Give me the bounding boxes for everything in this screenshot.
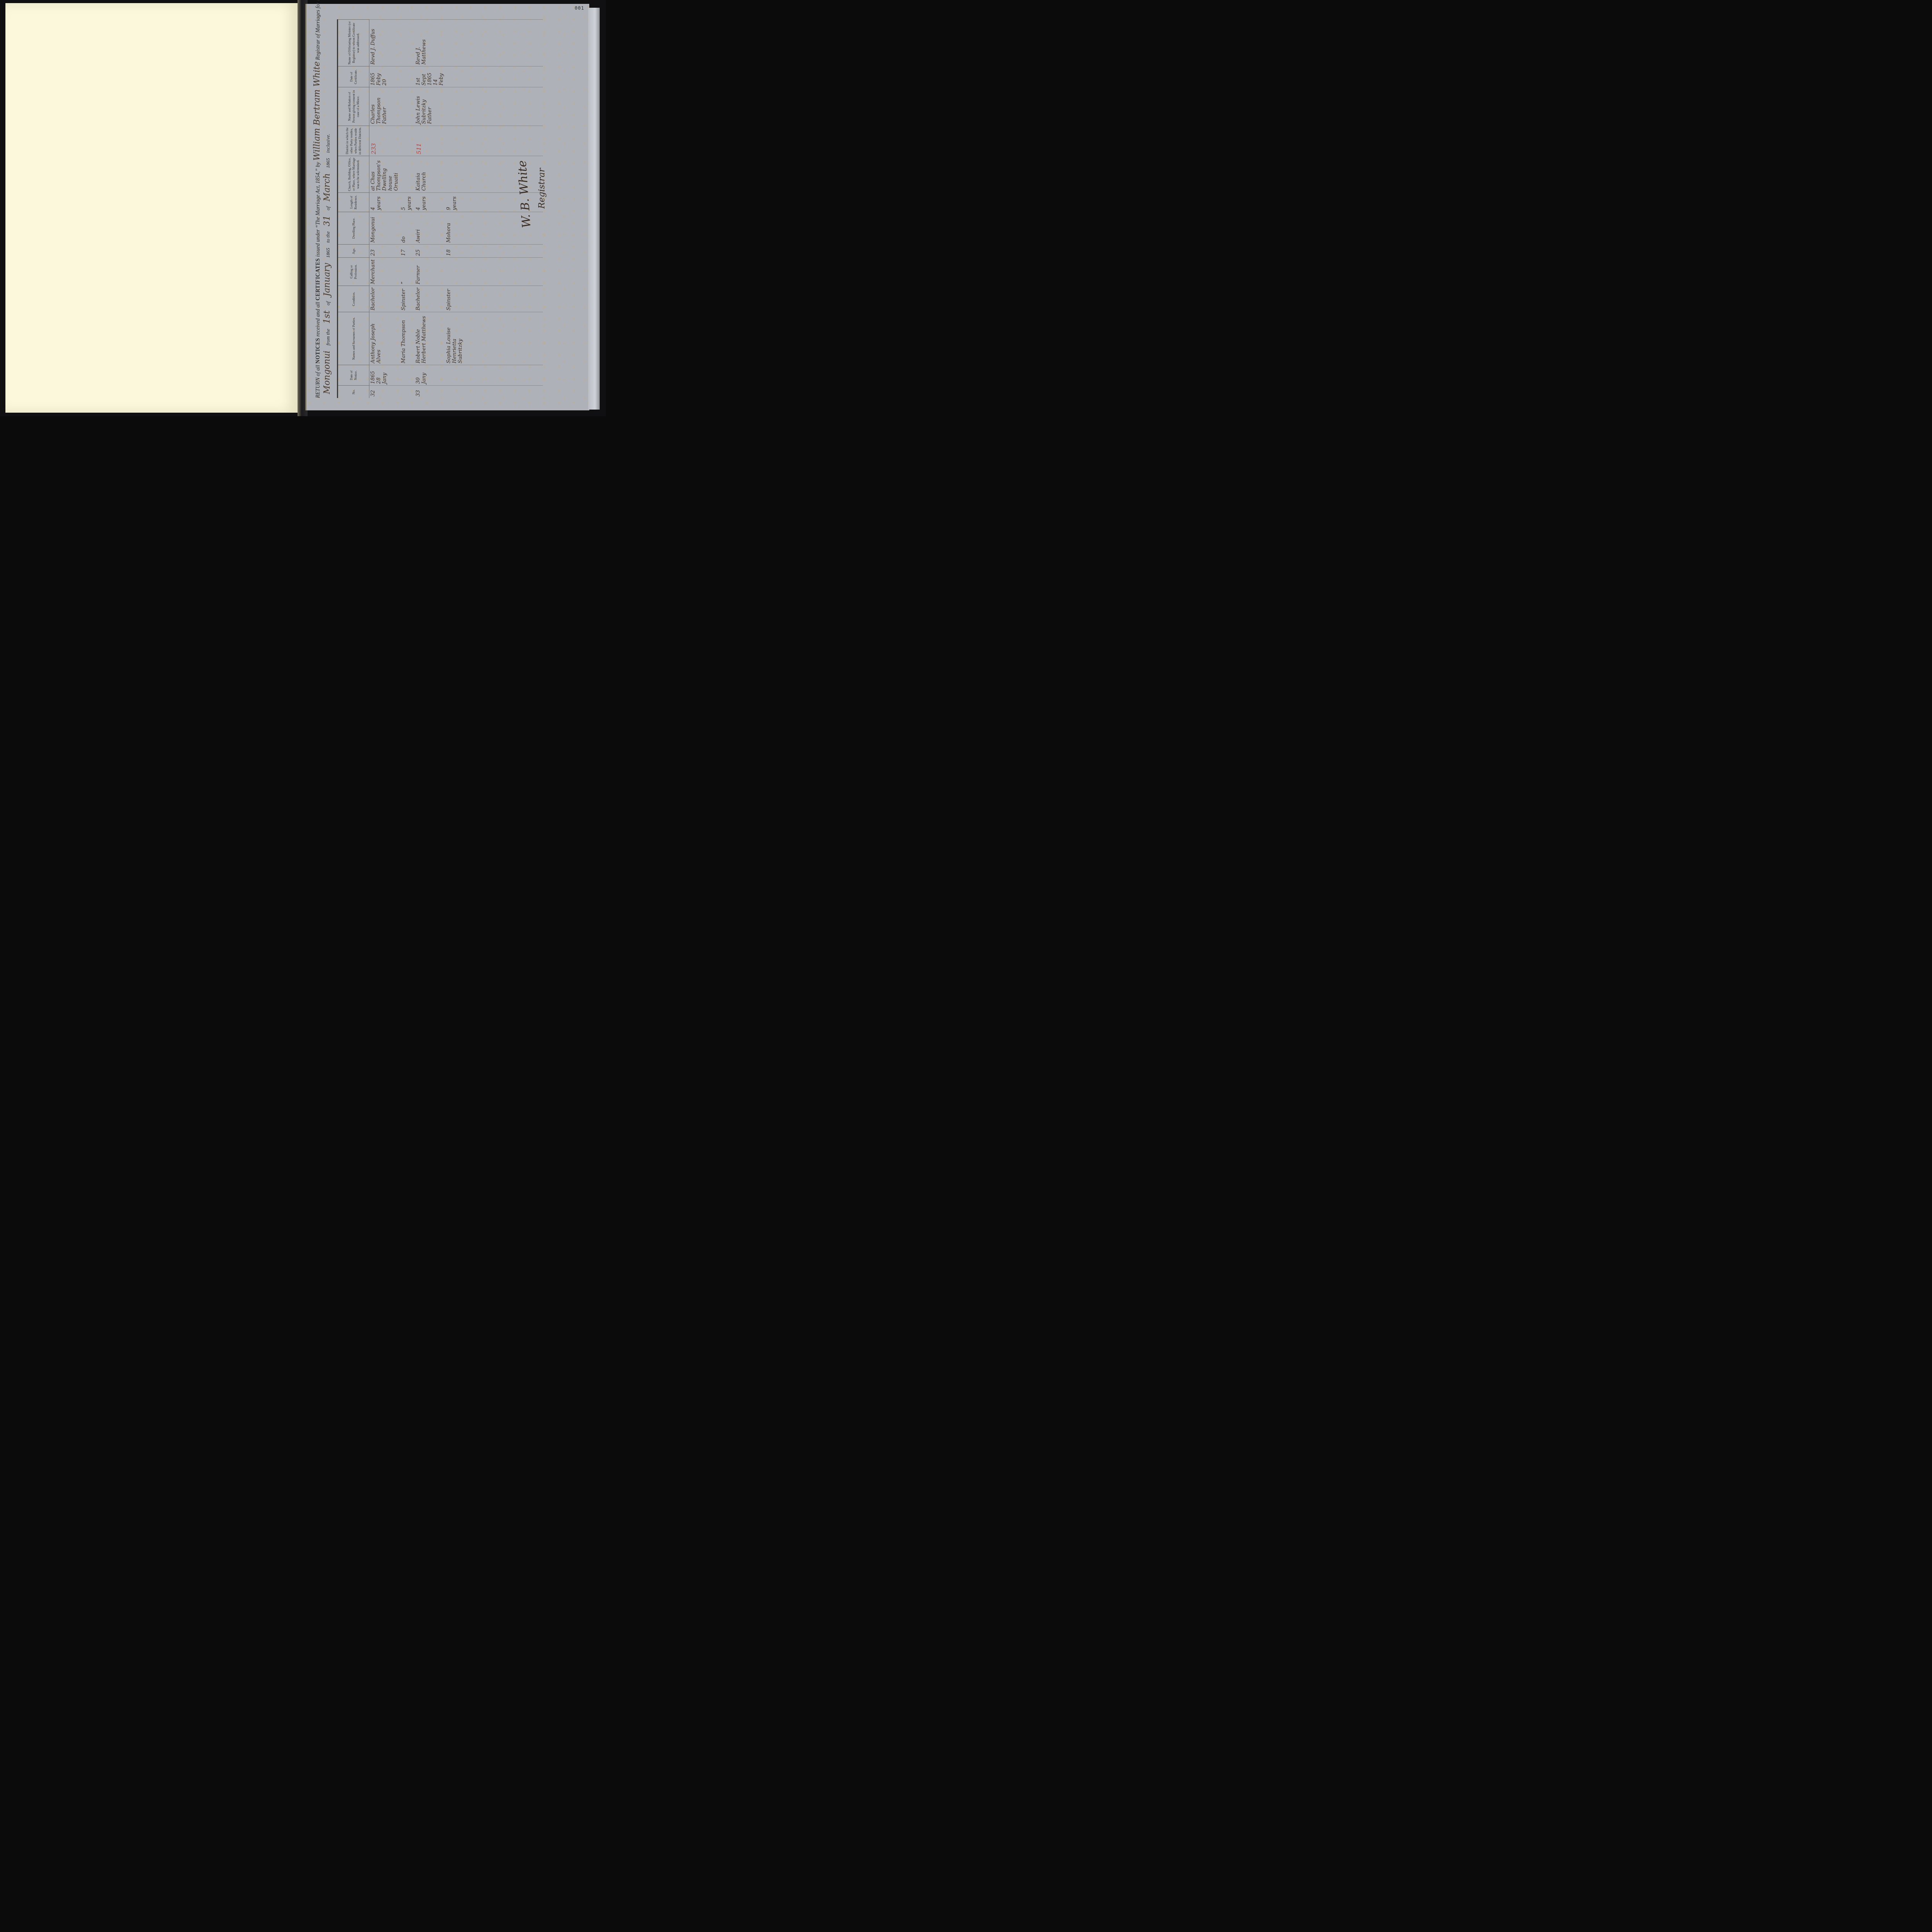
empty-cell <box>464 20 543 66</box>
from-year: 1865 <box>325 248 331 258</box>
of-label: of <box>325 206 331 210</box>
registrar-name: William Bertram White <box>312 61 322 161</box>
empty-cell <box>445 20 464 66</box>
empty-cell <box>464 126 543 156</box>
column-header: Age. <box>338 245 369 258</box>
party-condition: Spinster <box>445 286 464 312</box>
empty-cell <box>445 87 464 126</box>
marriage-place: Kaitaia Church <box>415 156 445 193</box>
title-mid: received and all <box>315 301 321 338</box>
title-suffix: Registrar of Marriages for the District … <box>315 0 321 60</box>
empty-cell <box>464 87 543 126</box>
blank-left-page <box>5 3 298 413</box>
entry-number: 32 <box>369 386 400 398</box>
certificate-date: 1st Sept 1865 14 Feby <box>415 66 445 87</box>
column-header: District in which the other Party reside… <box>338 126 369 156</box>
header-row: No. Date of Notice. Names and Surnames o… <box>338 20 369 398</box>
entry-number: 33 <box>415 386 445 398</box>
title-certificates: CERTIFICATES <box>315 258 321 301</box>
empty-cell <box>445 126 464 156</box>
consent-person: Charles Thompson Father <box>369 87 400 126</box>
from-label: from the <box>325 329 331 345</box>
marriage-place: at Chas Thompson's Dwelling house Oruait… <box>369 156 400 193</box>
column-header: Name and Relation of Person giving conse… <box>338 87 369 126</box>
table-row: Maria Thompson Spinster ” 17 do 5 years <box>400 20 415 398</box>
empty-cell <box>464 312 543 365</box>
party-residence: 5 years <box>400 192 415 212</box>
district-name: Mongonui <box>322 350 332 394</box>
column-header: Church, Building, Office, or Place, wher… <box>338 156 369 193</box>
party-calling: Merchant <box>369 258 400 286</box>
party-residence: 9 years <box>445 192 464 212</box>
empty-cell <box>400 365 415 386</box>
empty-cell <box>445 156 464 193</box>
party-dwelling: Mongonui <box>369 212 400 244</box>
column-header: Name of Officiating Minister (or Registr… <box>338 20 369 66</box>
empty-cell <box>464 365 543 386</box>
column-header: Date of Notice. <box>338 365 369 386</box>
party-condition: Spinster <box>400 286 415 312</box>
empty-cell <box>400 66 415 87</box>
notice-date: 1865 28 Jany <box>369 365 400 386</box>
empty-cell <box>400 87 415 126</box>
party-name: Robert Noble Herbert Matthews <box>415 312 445 365</box>
empty-cell <box>445 66 464 87</box>
table-row: 32 1865 28 Jany Anthony Joseph Alves Bac… <box>369 20 400 398</box>
party-name: Anthony Joseph Alves <box>369 312 400 365</box>
party-age: 25 <box>415 245 445 258</box>
title-act: issued under “The Marriage Act, 1854,” b… <box>315 162 321 258</box>
rotated-register-content: RETURN of all NOTICES received and all C… <box>309 12 584 410</box>
empty-cell <box>464 156 543 193</box>
empty-cell <box>464 66 543 87</box>
empty-cell <box>464 245 543 258</box>
registrar-title: Registrar <box>537 168 547 209</box>
column-header: Names and Surnames of Parties. <box>338 312 369 365</box>
column-header: Calling or Profession. <box>338 258 369 286</box>
officiating-minister: Revd J. Duffus <box>369 20 400 66</box>
return-period: Mongonui from the 1st of January 1865 to… <box>322 15 332 394</box>
inclusive-label: inclusive. <box>325 134 331 153</box>
empty-cell <box>464 258 543 286</box>
table-row: Sophia Louise Henrietta Subritzky Spinst… <box>445 20 464 398</box>
party-condition: Bachelor <box>415 286 445 312</box>
to-year: 1865 <box>325 158 331 168</box>
empty-cell <box>464 386 543 398</box>
certificate-date: 1865 Feby 20 <box>369 66 400 87</box>
party-name: Sophia Louise Henrietta Subritzky <box>445 312 464 365</box>
party-residence: 4 years <box>369 192 400 212</box>
other-district: 233 <box>369 126 400 156</box>
from-day: 1st <box>322 310 332 323</box>
to-day: 31 <box>322 216 332 226</box>
marriage-register-table: No. Date of Notice. Names and Surnames o… <box>337 19 543 398</box>
column-header: Dwelling Place. <box>338 212 369 244</box>
column-header: Condition. <box>338 286 369 312</box>
party-condition: Bachelor <box>369 286 400 312</box>
party-calling: Farmer <box>415 258 445 286</box>
of-label: of <box>325 301 331 305</box>
to-month: March <box>322 173 332 201</box>
to-label: to the <box>325 231 331 243</box>
other-district: 511 <box>415 126 445 156</box>
page-number: 001 <box>575 5 584 11</box>
empty-cell <box>464 286 543 312</box>
party-dwelling: Awiri <box>415 212 445 244</box>
notice-date: 30 Jany <box>415 365 445 386</box>
consent-person: John Lewis Subritzky Father <box>415 87 445 126</box>
party-dwelling: Mohora <box>445 212 464 244</box>
party-calling: ” <box>400 258 415 286</box>
title-notices: NOTICES <box>315 338 321 364</box>
title-prefix: RETURN of all <box>315 364 321 398</box>
table-row: 33 30 Jany Robert Noble Herbert Matthews… <box>415 20 445 398</box>
column-header: Date of Certificate. <box>338 66 369 87</box>
empty-cell <box>445 365 464 386</box>
from-month: January <box>322 263 332 296</box>
empty-cell <box>445 386 464 398</box>
party-dwelling: do <box>400 212 415 244</box>
officiating-minister: Revd J. Matthews <box>415 20 445 66</box>
empty-cell <box>400 386 415 398</box>
empty-cell <box>400 20 415 66</box>
party-age: 23 <box>369 245 400 258</box>
party-age: 18 <box>445 245 464 258</box>
empty-cell <box>400 156 415 193</box>
page-edge <box>588 8 600 410</box>
column-header: No. <box>338 386 369 398</box>
column-header: Length of Residence. <box>338 192 369 212</box>
scanned-register-spread: 001 RETURN of all NOTICES received and a… <box>0 0 606 416</box>
empty-cell <box>400 126 415 156</box>
party-calling <box>445 258 464 286</box>
party-residence: 4 years <box>415 192 445 212</box>
party-age: 17 <box>400 245 415 258</box>
party-name: Maria Thompson <box>400 312 415 365</box>
return-title: RETURN of all NOTICES received and all C… <box>312 19 322 398</box>
